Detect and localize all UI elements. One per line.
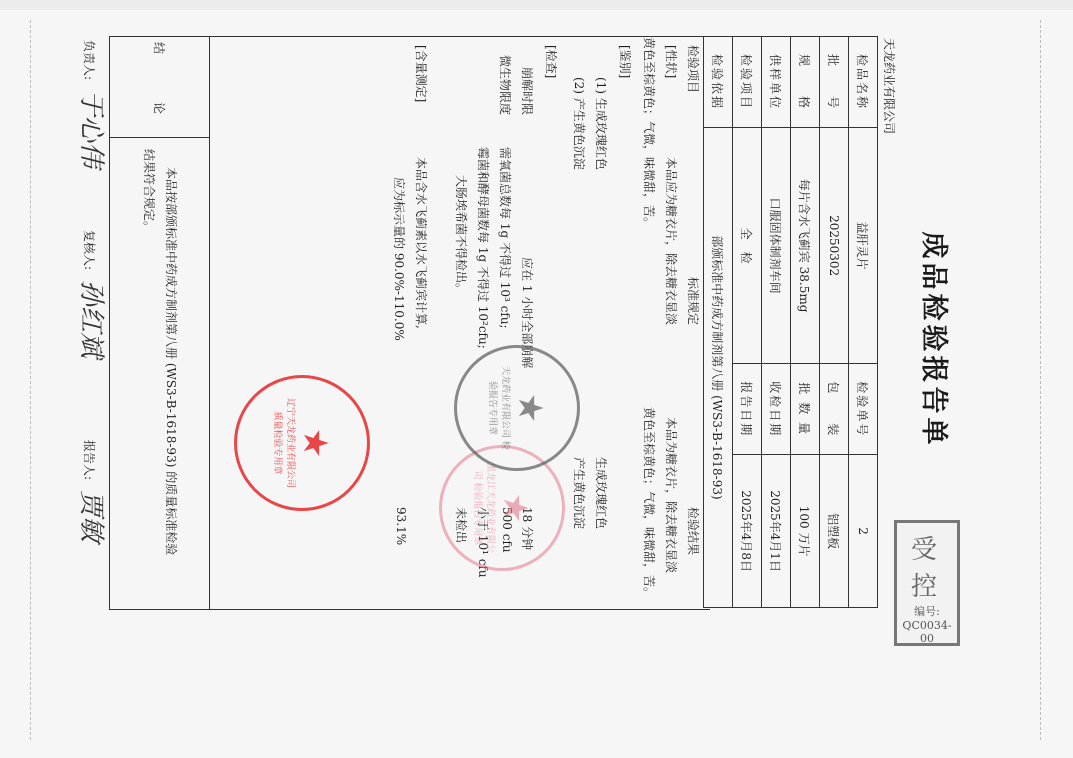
product-name: 益肝灵片 xyxy=(849,128,878,364)
control-stamp-text: 受控 xyxy=(897,529,957,603)
conclusion-text: 本品按部颁标准中药成方制剂第八册 (WS3-B-1618-93) 的质量标准检验 xyxy=(163,167,180,555)
supervisor-signature: 于心伟 xyxy=(75,90,112,168)
stamp-text: 辽宁天龙药业有限公司 质量检验专用章 xyxy=(272,393,298,493)
section-heading: [性状] xyxy=(663,45,680,78)
inspection-report-page: 成品检验报告单 天龙药业有限公司 受控 编号: QC0034-00 检品名称 益… xyxy=(80,30,960,650)
batch-quantity: 100 万片 xyxy=(791,455,820,608)
reviewer-signature: 孙红斌 xyxy=(75,280,112,358)
reporter-signature: 贾敏 xyxy=(75,490,112,542)
product-info-table: 检品名称 益肝灵片 检验单号 2 批 号 20250302 包 装 铝塑板 规 … xyxy=(703,36,878,608)
company-quality-stamp: ★ 辽宁天龙药业有限公司 质量检验专用章 xyxy=(234,375,370,511)
standard-text: 本品应为糖衣片，除去糖衣显淡 xyxy=(663,157,680,325)
fold-line xyxy=(1040,20,1041,740)
standard-text: (1) 生成玫瑰红色 xyxy=(593,77,610,170)
label: 检品名称 xyxy=(849,37,878,128)
result-text: 黄色至棕黄色；气微，味微甜，苦。 xyxy=(641,407,658,599)
star-icon: ★ xyxy=(498,493,532,523)
conclusion-text: 结果符合规定。 xyxy=(141,149,158,233)
standard-text: 霉菌和酵母菌数每 1g 不得过 10²cfu; xyxy=(475,147,492,349)
item-label: 崩解时限 xyxy=(519,67,536,115)
package: 铝塑板 xyxy=(820,455,849,608)
label: 批 号 xyxy=(820,37,849,128)
fold-line xyxy=(30,20,31,740)
report-no: 2 xyxy=(849,455,878,608)
standard-text: 应为标示量的 90.0%-110.0% xyxy=(391,177,408,341)
conclusion-box: 结 论 本品按部颁标准中药成方制剂第八册 (WS3-B-1618-93) 的质量… xyxy=(109,36,210,610)
reviewer-label: 复核人: xyxy=(81,230,98,270)
standard-text: 本品含水飞蓟素以水飞蓟宾计算, xyxy=(413,157,430,329)
supplier: 口服固体制剂车间 xyxy=(762,128,791,364)
section-heading: [鉴别] xyxy=(617,45,634,78)
label: 供样单位 xyxy=(762,37,791,128)
label: 包 装 xyxy=(820,364,849,455)
star-icon: ★ xyxy=(513,393,547,423)
section-heading: [含量测定] xyxy=(413,45,430,102)
star-icon: ★ xyxy=(298,428,332,458)
spec: 每片含水飞蓟宾 38.5mg xyxy=(791,128,820,364)
received-date: 2025年4月1日 xyxy=(762,455,791,608)
column-result: 检验结果 xyxy=(685,507,702,555)
column-standard: 标准规定 xyxy=(685,277,702,325)
standard-text: 需氧菌总数每 1g 不得过 10³ cfu; xyxy=(497,147,514,329)
label: 批 数 量 xyxy=(791,364,820,455)
standard-text: 大肠埃希菌不得检出。 xyxy=(453,175,470,295)
company-name: 天龙药业有限公司 xyxy=(881,38,898,134)
label: 检验单号 xyxy=(849,364,878,455)
result-text: 生成玫瑰红色 xyxy=(593,457,610,529)
conclusion-label: 结 论 xyxy=(110,37,210,138)
inspection-items: 全 检 xyxy=(733,128,762,364)
label: 收检日期 xyxy=(762,364,791,455)
stamp-text: 天龙药业有限公司 检验报告专用章 xyxy=(487,363,513,453)
item-label: 微生物限度 xyxy=(497,55,514,115)
control-stamp-number: 编号: QC0034-00 xyxy=(897,603,957,645)
label: 报告日期 xyxy=(733,364,762,455)
stamp-text: 黑龙江天龙药业有限公司 检验报告专用章 xyxy=(472,463,498,553)
standard-text: (2) 产生黄色沉淀 xyxy=(571,77,588,170)
scan-edge xyxy=(0,0,1073,10)
result-text: 产生黄色沉淀 xyxy=(571,457,588,529)
result-text: 93.1% xyxy=(394,507,408,545)
section-heading: [检查] xyxy=(543,45,560,78)
supervisor-label: 负责人: xyxy=(81,40,98,80)
result-text: 本品为糖衣片，除去糖衣显淡 xyxy=(663,417,680,573)
column-item: 检验项目 xyxy=(685,45,702,93)
inspection-report-stamp: ★ 天龙药业有限公司 检验报告专用章 xyxy=(454,345,580,471)
standard-text: 黄色至棕黄色；气微，味微甜，苦。 xyxy=(641,37,658,229)
batch-no: 20250302 xyxy=(820,128,849,364)
label: 检验项目 xyxy=(733,37,762,128)
reporter-label: 报告人: xyxy=(81,440,98,480)
controlled-copy-stamp: 受控 编号: QC0034-00 xyxy=(894,520,960,646)
report-date: 2025年4月8日 xyxy=(733,455,762,608)
label: 规 格 xyxy=(791,37,820,128)
